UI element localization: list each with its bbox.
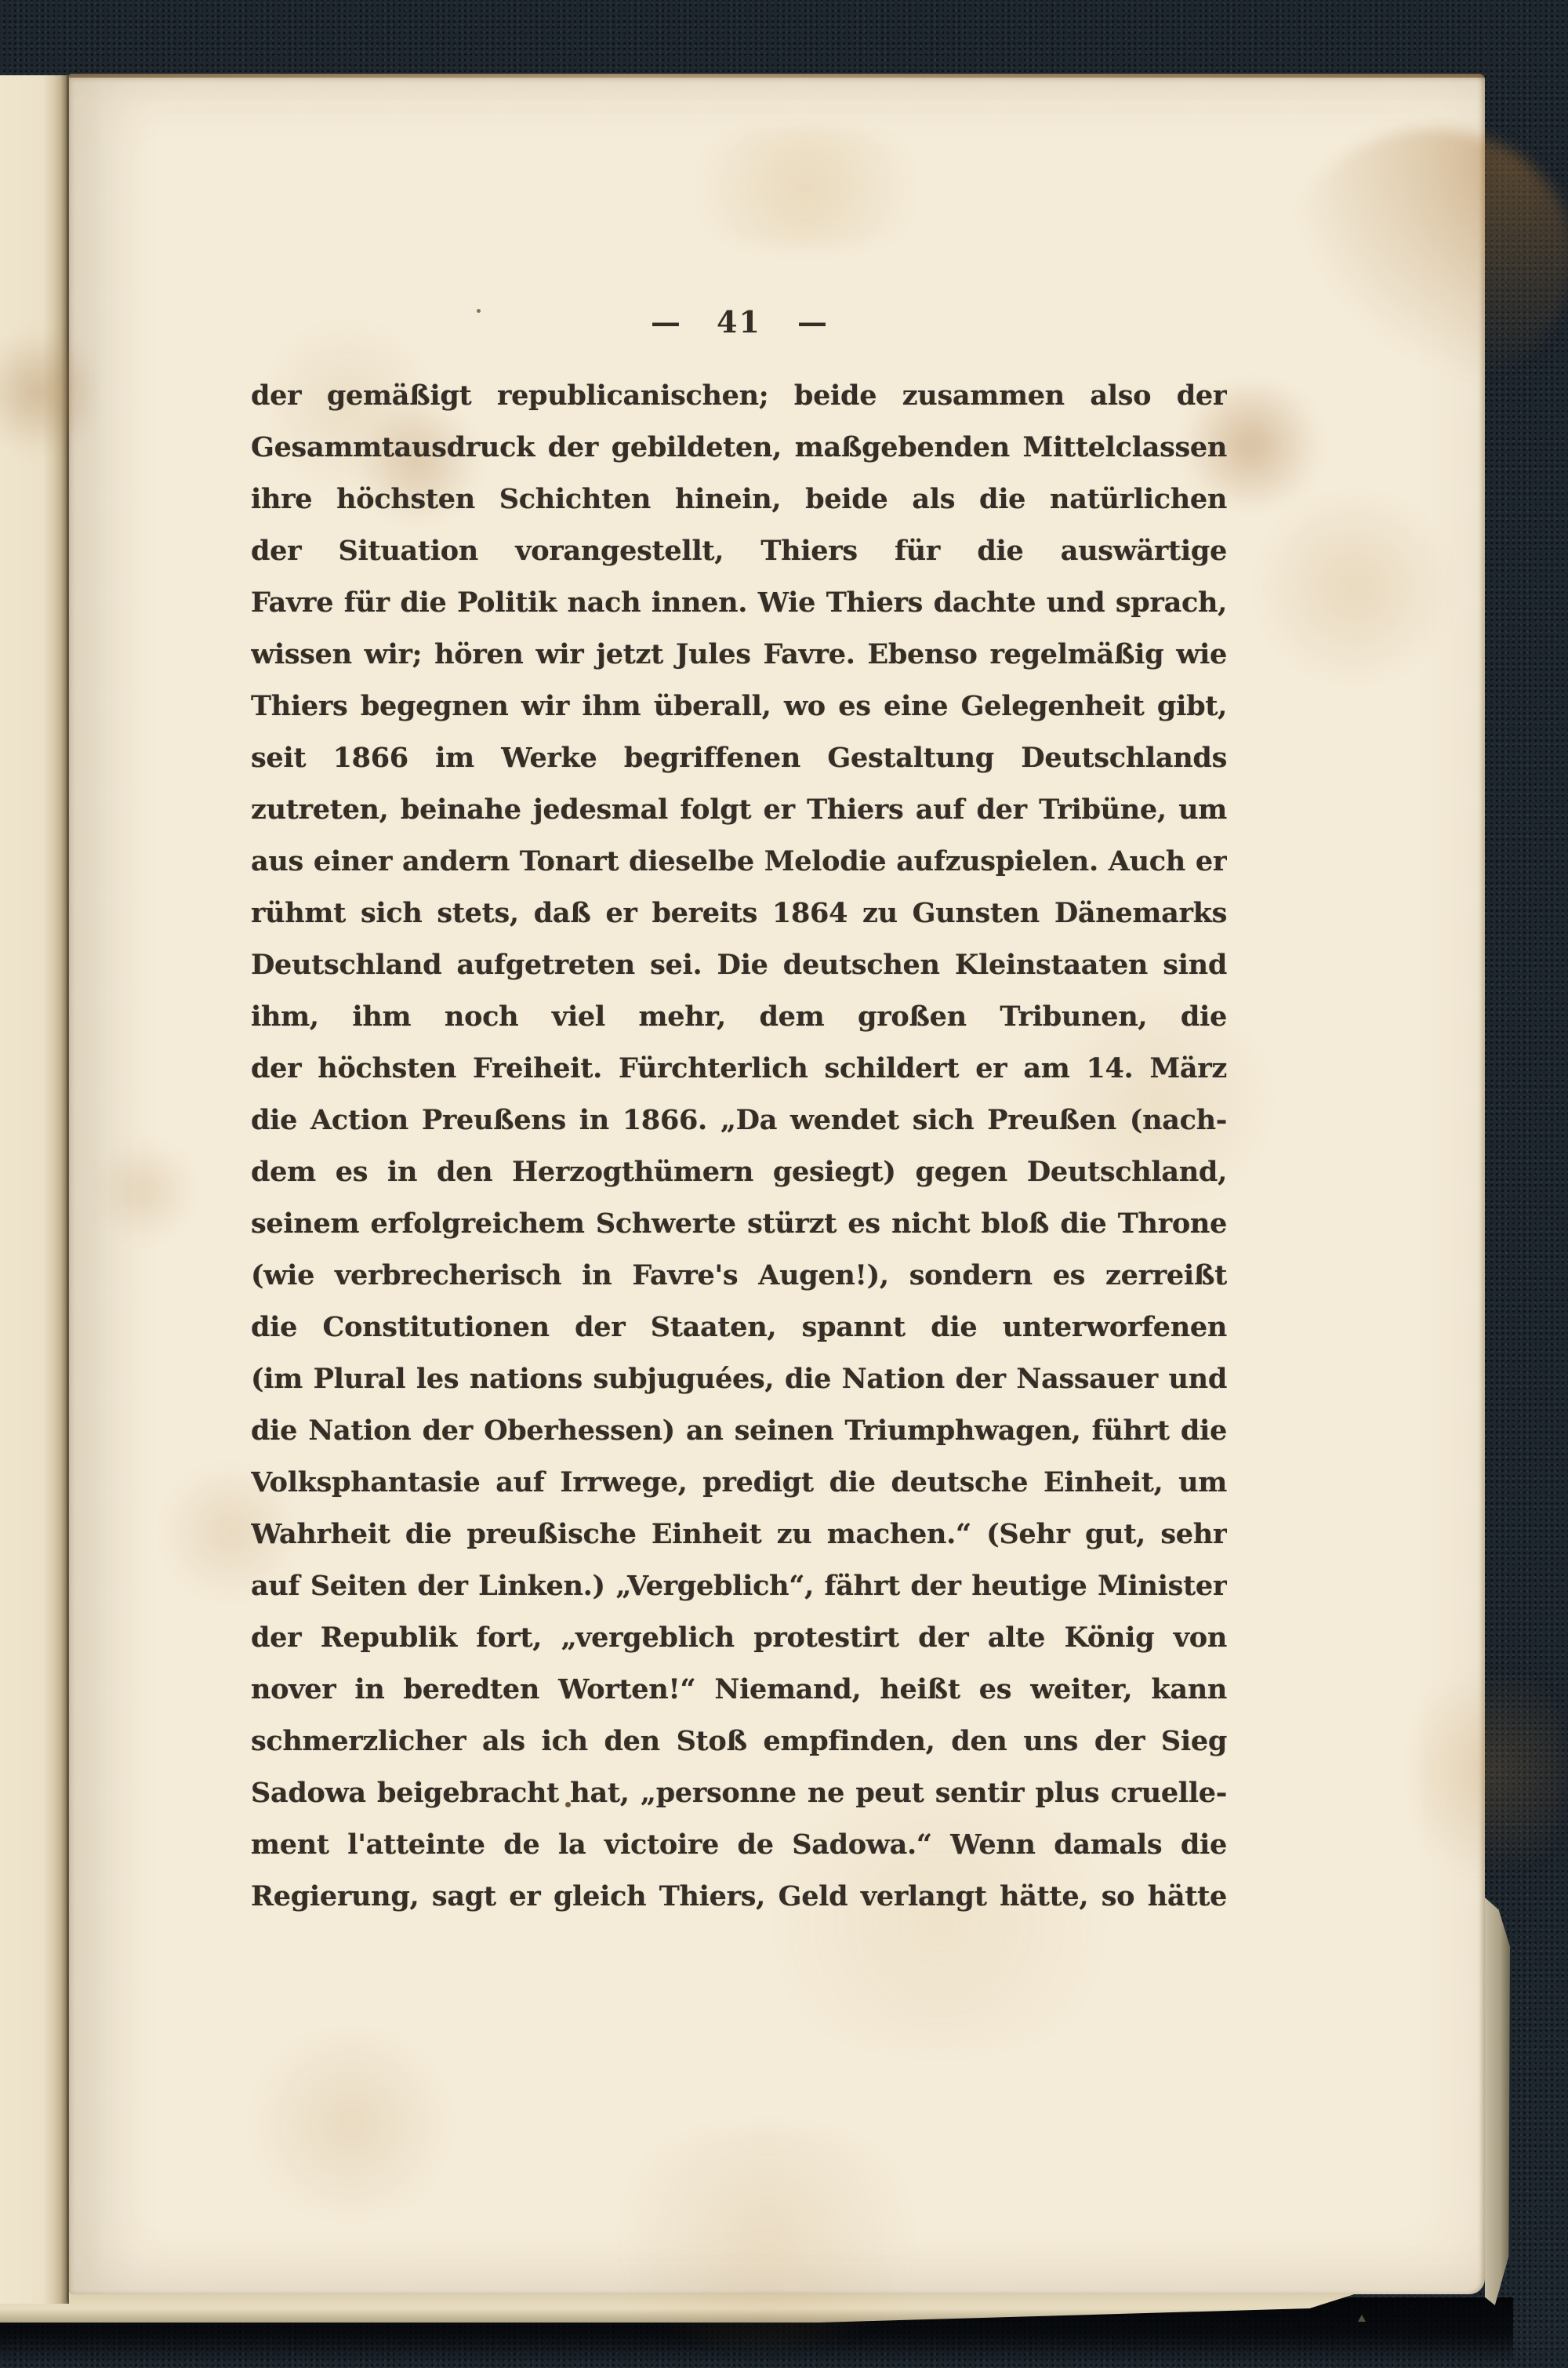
foxing-stain (1292, 129, 1568, 387)
header-dash-left: — (651, 304, 681, 340)
text-line: der gemäßigt republicanischen; beide zus… (251, 370, 1227, 422)
text-line: ihm, ihm noch viel mehr, dem großen Trib… (251, 991, 1227, 1043)
text-line: nover in beredten Worten!“ Niemand, heiß… (251, 1664, 1227, 1716)
text-line: Thiers begegnen wir ihm überall, wo es e… (251, 681, 1227, 732)
text-line: rühmt sich stets, daß er bereits 1864 zu… (251, 888, 1227, 939)
text-line: seit 1866 im Werke begriffenen Gestaltun… (251, 732, 1227, 784)
page-header: — 41 — (251, 304, 1227, 340)
text-line: Favre für die Politik nach innen. Wie Th… (251, 577, 1227, 629)
gutter-page-edges (0, 75, 69, 2304)
text-line: Gesammtausdruck der gebildeten, maßgeben… (251, 422, 1227, 474)
text-line: die Nation der Oberhessen) an seinen Tri… (251, 1405, 1227, 1457)
foxing-stain (1245, 497, 1465, 677)
text-line: ment l'atteinte de la victoire de Sadowa… (251, 1819, 1227, 1871)
text-line: dem es in den Herzogthümern gesiegt) geg… (251, 1146, 1227, 1198)
page-top-edge (69, 74, 1485, 78)
text-line: ihre höchsten Schichten hinein, beide al… (251, 474, 1227, 525)
text-line: zutreten, beinahe jedesmal folgt er Thie… (251, 784, 1227, 836)
text-line: Volksphantasie auf Irrwege, predigt die … (251, 1457, 1227, 1509)
page-number: 41 (717, 304, 761, 340)
foxing-stain (665, 129, 947, 246)
book-cover-background: — 41 — der gemäßigt republicanischen; be… (0, 0, 1568, 2368)
text-line: seinem erfolgreichem Schwerte stürzt es … (251, 1198, 1227, 1250)
foxing-stain (1417, 1642, 1566, 1901)
foxing-stain (93, 1140, 194, 1242)
text-line: auf Seiten der Linken.) „Vergeblich“, fä… (251, 1560, 1227, 1612)
header-dash-right: — (797, 304, 827, 340)
text-line: wissen wir; hören wir jetzt Jules Favre.… (251, 629, 1227, 681)
text-line: Sadowa beigebracht hat, „personne ne peu… (251, 1767, 1227, 1819)
text-line: der höchsten Freiheit. Fürchterlich schi… (251, 1043, 1227, 1095)
text-line: schmerzlicher als ich den Stoß empfinden… (251, 1716, 1227, 1767)
body-text: der gemäßigt republicanischen; beide zus… (251, 370, 1227, 1923)
text-line: die Action Preußens in 1866. „Da wendet … (251, 1095, 1227, 1146)
text-line: der Situation vorangestellt, Thiers für … (251, 525, 1227, 577)
text-line: Deutschland aufgetreten sei. Die deutsch… (251, 939, 1227, 991)
text-line: Regierung, sagt er gleich Thiers, Geld v… (251, 1871, 1227, 1923)
foxing-stain (241, 2034, 461, 2214)
text-line: Wahrheit die preußische Einheit zu mache… (251, 1509, 1227, 1560)
text-line: (im Plural les nations subjuguées, die N… (251, 1353, 1227, 1405)
text-line: aus einer andern Tonart dieselbe Melodie… (251, 836, 1227, 888)
text-line: (wie verbrecherisch in Favre's Augen!), … (251, 1250, 1227, 1302)
text-line: der Republik fort, „vergeblich protestir… (251, 1612, 1227, 1664)
page-block-deckle-edge (1485, 1898, 1510, 2305)
text-line: die Constitutionen der Staaten, spannt d… (251, 1302, 1227, 1353)
